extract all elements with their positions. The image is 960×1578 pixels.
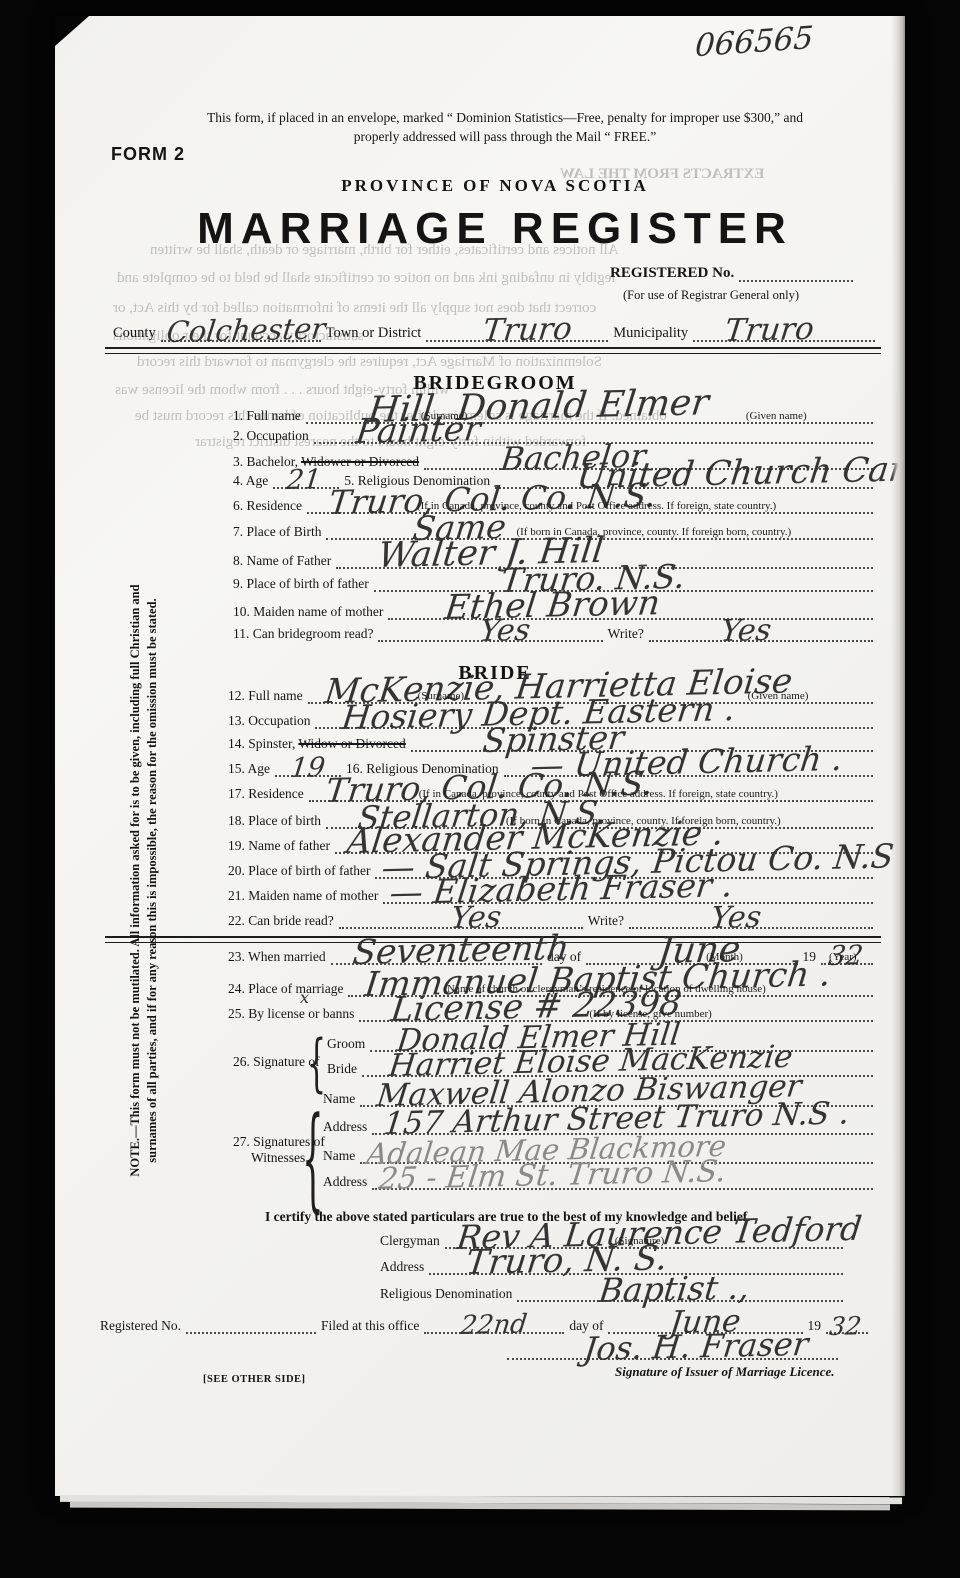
town-line: Truro [426, 325, 608, 342]
bridegroom-fullname-row: 1. Full name Hill, Donald Elmer (Surname… [233, 406, 875, 424]
town-value: Truro [481, 314, 574, 347]
mail-notice-line1: This form, if placed in an envelope, mar… [165, 108, 845, 127]
address-label: Address [323, 1174, 370, 1190]
write-label: Write? [605, 626, 647, 642]
bride-mother-row: 21. Maiden name of mother — Elizabeth Fr… [228, 886, 875, 904]
issuer-line: Jos. H. Fraser [507, 1343, 838, 1360]
filed-year-line: 32 [826, 1317, 868, 1334]
field-label: 10. Maiden name of mother [233, 604, 386, 620]
registered-label: Registered No. [100, 1318, 184, 1334]
denomination-row: Religious Denomination Baptist ., [380, 1284, 845, 1302]
year-caption: (Year) [829, 951, 857, 963]
field-line: Ethel Brown [388, 603, 873, 620]
handwritten-value: Painter [354, 412, 482, 449]
side-note: NOTE.—This form must not be mutilated. A… [127, 553, 161, 1208]
field-label: 25. By license or banns [228, 1006, 357, 1022]
registered-no-row: REGISTERED No. [610, 264, 855, 282]
field-label: 8. Name of Father [233, 553, 334, 569]
handwritten-value: Jos. H. Fraser [582, 1328, 810, 1365]
county-line: Colchester [161, 325, 321, 342]
read-line: Yes [378, 625, 602, 642]
field-label: 14. Spinster, [228, 736, 298, 752]
registered-line [186, 1317, 316, 1334]
handwritten-value: 19 [289, 754, 327, 782]
scanned-page: EXTRACTS FROM THE LAW All notices and ce… [55, 16, 905, 1496]
field-label: 15. Age [228, 761, 273, 777]
field-label: 9. Place of birth of father [233, 576, 372, 592]
read-line: Yes [339, 912, 583, 929]
scanned-marriage-register: { "scan": { "doc_number": "066565", "see… [0, 0, 960, 1578]
field-label: 22. Can bride read? [228, 913, 337, 929]
see-other-side-label: [SEE OTHER SIDE] [203, 1374, 306, 1385]
issuer-caption: Signature of Issuer of Marriage Licence. [615, 1364, 835, 1380]
field-label: 7. Place of Birth [233, 524, 324, 540]
witness2-address-row: Address 25 - Elm St. Truro N.S. [323, 1172, 875, 1190]
ghost-line: legibly in unfading ink and no notice or… [117, 270, 616, 287]
field-label: 6. Residence [233, 498, 305, 514]
page-edge [891, 16, 905, 1496]
field-label: 20. Place of birth of father [228, 863, 373, 879]
municipality-line: Truro [693, 325, 875, 342]
county-value: Colchester [165, 314, 327, 347]
bridegroom-mother-row: 10. Maiden name of mother Ethel Brown [233, 602, 875, 620]
name-label: Name [323, 1148, 358, 1164]
field-line: Truro, Col. Co. N.S. (If in Canada, prov… [307, 497, 873, 514]
handwritten-value: Yes [719, 616, 773, 647]
field-line: Baptist ., [517, 1285, 843, 1302]
field-label: 12. Full name [228, 688, 306, 704]
age-line: 21 [273, 472, 339, 489]
province-title: PROVINCE OF NOVA SCOTIA [165, 176, 825, 196]
field-label: 19. Name of father [228, 838, 333, 854]
write-line: Yes [629, 912, 873, 929]
write-label: Write? [585, 913, 627, 929]
field-label-struck: Widow or Divorced [298, 736, 408, 752]
address-label: Address [380, 1259, 427, 1275]
field-label: 13. Occupation [228, 713, 313, 729]
handwritten-value: Baptist ., [597, 1270, 751, 1307]
field-label: 4. Age [233, 473, 271, 489]
municipality-label: Municipality [610, 325, 691, 342]
address-label: Address [323, 1119, 370, 1135]
page-title: MARRIAGE REGISTER [115, 204, 875, 254]
write-line: Yes [649, 625, 873, 642]
ghost-line: Solemnization of Marriage Act, requires … [137, 354, 602, 371]
bridegroom-residence-row: 6. Residence Truro, Col. Co. N.S. (If in… [233, 496, 875, 514]
field-label: 23. When married [228, 949, 329, 965]
field-label: 18. Place of birth [228, 813, 324, 829]
filed-day-line: 22nd [424, 1317, 564, 1334]
document-number: 066565 [694, 20, 815, 65]
name-label: Name [323, 1091, 358, 1107]
handwritten-value: Ethel Brown [443, 586, 662, 625]
clergyman-label: Clergyman [380, 1233, 443, 1249]
givenname-caption: (Given name) [746, 410, 807, 422]
field-label: 21. Maiden name of mother [228, 888, 381, 904]
handwritten-value: 25 - Elm St. Truro N.S. [377, 1157, 727, 1195]
groom-label: Groom [327, 1036, 368, 1052]
side-note-line1: NOTE.—This form must not be mutilated. A… [127, 553, 144, 1208]
handwritten-value: 32 [828, 1313, 863, 1339]
filed-label: Filed at this office [318, 1318, 422, 1334]
field-label: 2. Occupation [233, 428, 312, 444]
field-line: 25 - Elm St. Truro N.S. [372, 1173, 873, 1190]
brace-27: { [302, 1094, 324, 1226]
registered-no-label: REGISTERED No. [610, 265, 737, 282]
mail-notice-line2: properly addressed will pass through the… [165, 127, 845, 146]
field-label: 11. Can bridegroom read? [233, 626, 376, 642]
form-label: FORM 2 [111, 144, 185, 165]
page-corner-shadow [55, 16, 89, 46]
registered-no-note: (For use of Registrar General only) [623, 288, 799, 303]
bride-literacy-row: 22. Can bride read? Yes Write? Yes [228, 911, 875, 929]
side-note-line2: surnames of all parties, and if for any … [144, 553, 161, 1208]
town-label: Town or District [323, 325, 425, 342]
handwritten-value: Yes [478, 616, 532, 647]
denomination-label: Religious Denomination [380, 1286, 515, 1302]
field-label: 1. Full name [233, 408, 304, 424]
bride-label: Bride [327, 1061, 360, 1077]
handwritten-value: — Elizabeth Fraser . [388, 868, 735, 909]
field-label: 17. Residence [228, 786, 307, 802]
county-row: County Colchester Town or District Truro… [113, 324, 877, 342]
handwritten-value: 22nd [459, 1311, 529, 1339]
handwritten-value: 21 [285, 466, 323, 494]
givenname-caption: (Given name) [748, 690, 809, 702]
section-divider [105, 347, 881, 354]
bridegroom-literacy-row: 11. Can bridegroom read? Yes Write? Yes [233, 624, 875, 642]
field-label: 24. Place of marriage [228, 981, 346, 997]
issuer-signature-row: Jos. H. Fraser [505, 1342, 840, 1360]
registered-no-line [739, 265, 853, 282]
municipality-value: Truro [723, 314, 816, 347]
county-label: County [113, 325, 159, 342]
